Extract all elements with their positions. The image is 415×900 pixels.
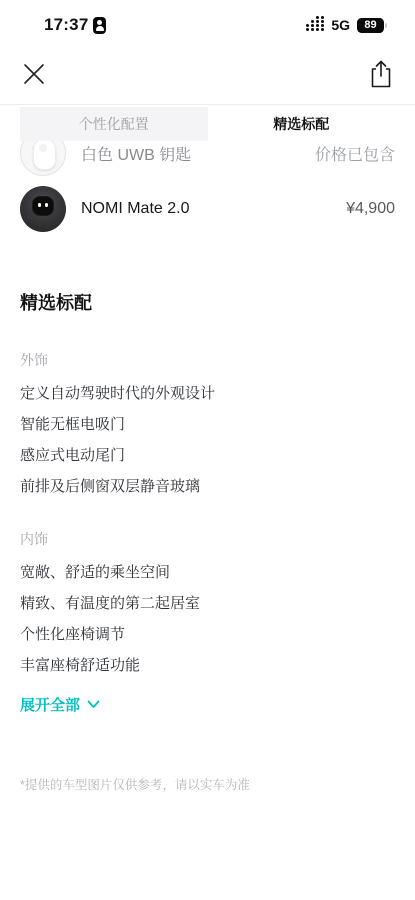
close-button[interactable] xyxy=(20,60,48,88)
feature-item: 感应式电动尾门 xyxy=(20,448,395,463)
option-price: ¥4,900 xyxy=(346,200,395,218)
tab-personalized-config[interactable]: 个性化配置 xyxy=(20,107,208,141)
white-uwb-key-thumbnail xyxy=(20,141,66,176)
section-title: 精选标配 xyxy=(20,289,395,315)
nav-header xyxy=(0,44,415,105)
feature-item: 宽敞、舒适的乘坐空间 xyxy=(20,565,395,580)
expand-all-label: 展开全部 xyxy=(20,694,80,715)
tab-standard-config[interactable]: 精选标配 xyxy=(208,107,396,141)
battery-icon: 89 xyxy=(357,18,387,33)
chevron-down-icon xyxy=(87,700,100,709)
cellular-signal-icon xyxy=(306,19,324,31)
option-row-nomi[interactable]: NOMI Mate 2.0 ¥4,900 xyxy=(20,181,395,237)
config-tabs: 个性化配置 精选标配 xyxy=(20,107,395,141)
profile-badge-icon xyxy=(93,17,106,34)
status-bar: 17:37 5G 89 xyxy=(0,0,415,44)
feature-item: 前排及后侧窗双层静音玻璃 xyxy=(20,479,395,494)
feature-item: 定义自动驾驶时代的外观设计 xyxy=(20,386,395,401)
expand-all-button[interactable]: 展开全部 xyxy=(20,694,395,715)
close-icon xyxy=(23,63,45,85)
standard-config-section: 精选标配 外饰 定义自动驾驶时代的外观设计 智能无框电吸门 感应式电动尾门 前排… xyxy=(0,289,415,793)
network-type-label: 5G xyxy=(331,17,350,33)
option-name: 白色 UWB 钥匙 xyxy=(81,142,300,165)
share-icon xyxy=(368,59,394,89)
feature-item: 精致、有温度的第二起居室 xyxy=(20,596,395,611)
clock: 17:37 xyxy=(44,15,88,35)
feature-item: 个性化座椅调节 xyxy=(20,627,395,642)
selected-options-list: 白色 UWB 钥匙 价格已包含 NOMI Mate 2.0 ¥4,900 xyxy=(0,141,415,237)
group-label-interior: 内饰 xyxy=(20,529,395,549)
nomi-avatar-thumbnail xyxy=(20,186,66,232)
feature-item: 智能无框电吸门 xyxy=(20,417,395,432)
battery-percent: 89 xyxy=(357,18,384,33)
feature-item: 丰富座椅舒适功能 xyxy=(20,658,395,673)
group-label-exterior: 外饰 xyxy=(20,350,395,370)
share-button[interactable] xyxy=(367,60,395,88)
option-row-uwb-key[interactable]: 白色 UWB 钥匙 价格已包含 xyxy=(20,141,395,181)
option-price: 价格已包含 xyxy=(315,142,395,165)
disclaimer-footnote: *提供的车型图片仅供参考，请以实车为准 xyxy=(20,775,395,793)
option-name: NOMI Mate 2.0 xyxy=(81,200,331,218)
